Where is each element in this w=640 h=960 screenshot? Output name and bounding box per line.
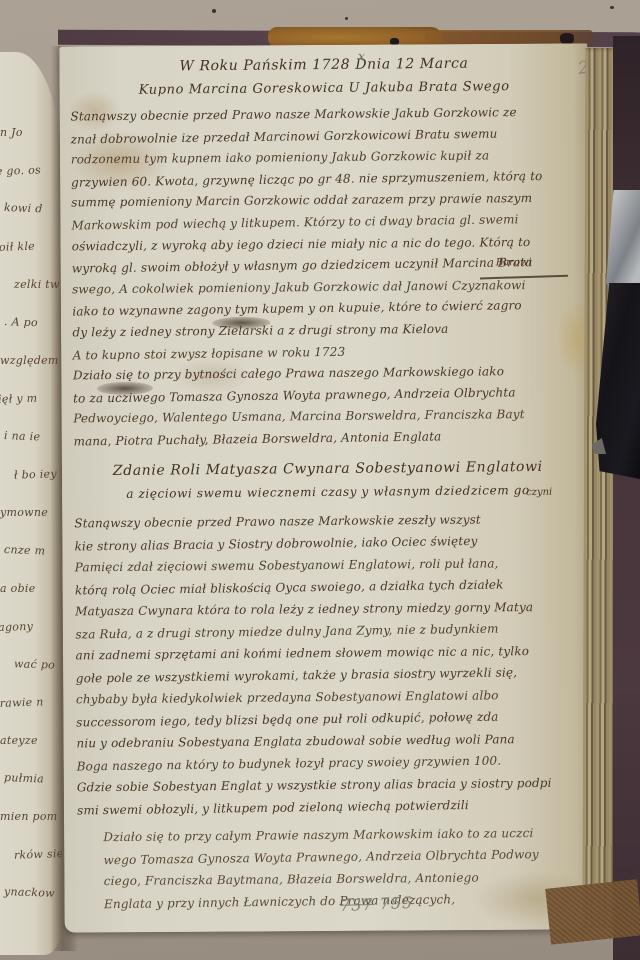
manuscript-photo: n Joie go. oskowi dkoił klezelki tw. A p… — [0, 0, 640, 960]
book-cover-right — [613, 36, 640, 960]
spine-nick — [560, 33, 574, 44]
interline-heading-note: czyni — [526, 488, 552, 498]
pencil-check-mark: x — [358, 50, 366, 65]
table-speck — [212, 9, 216, 13]
pencil-old-folio: 737 — [340, 897, 374, 913]
entry2-body: Stanąwszy obecnie przed Prawo nasze Mark… — [74, 507, 585, 820]
table-speck — [345, 17, 348, 20]
pencil-folio-note: 737755 — [340, 895, 414, 913]
book-cover-corner — [545, 879, 640, 944]
entry2-heading-subtitle: a zięciowi swemu wiecznemi czasy y własn… — [74, 478, 582, 506]
entry1-heading-title: Kupno Marcina Goreskowica U Jakuba Brata… — [70, 75, 578, 103]
manuscript-page: W Roku Pańskim 1728 Dnia 12 Marca Kupno … — [59, 43, 592, 932]
pencil-new-folio: 755 — [379, 893, 413, 913]
table-speck — [610, 6, 614, 9]
handwritten-text: W Roku Pańskim 1728 Dnia 12 Marca Kupno … — [70, 52, 586, 927]
interline-correction-note: Barowi — [496, 258, 532, 268]
